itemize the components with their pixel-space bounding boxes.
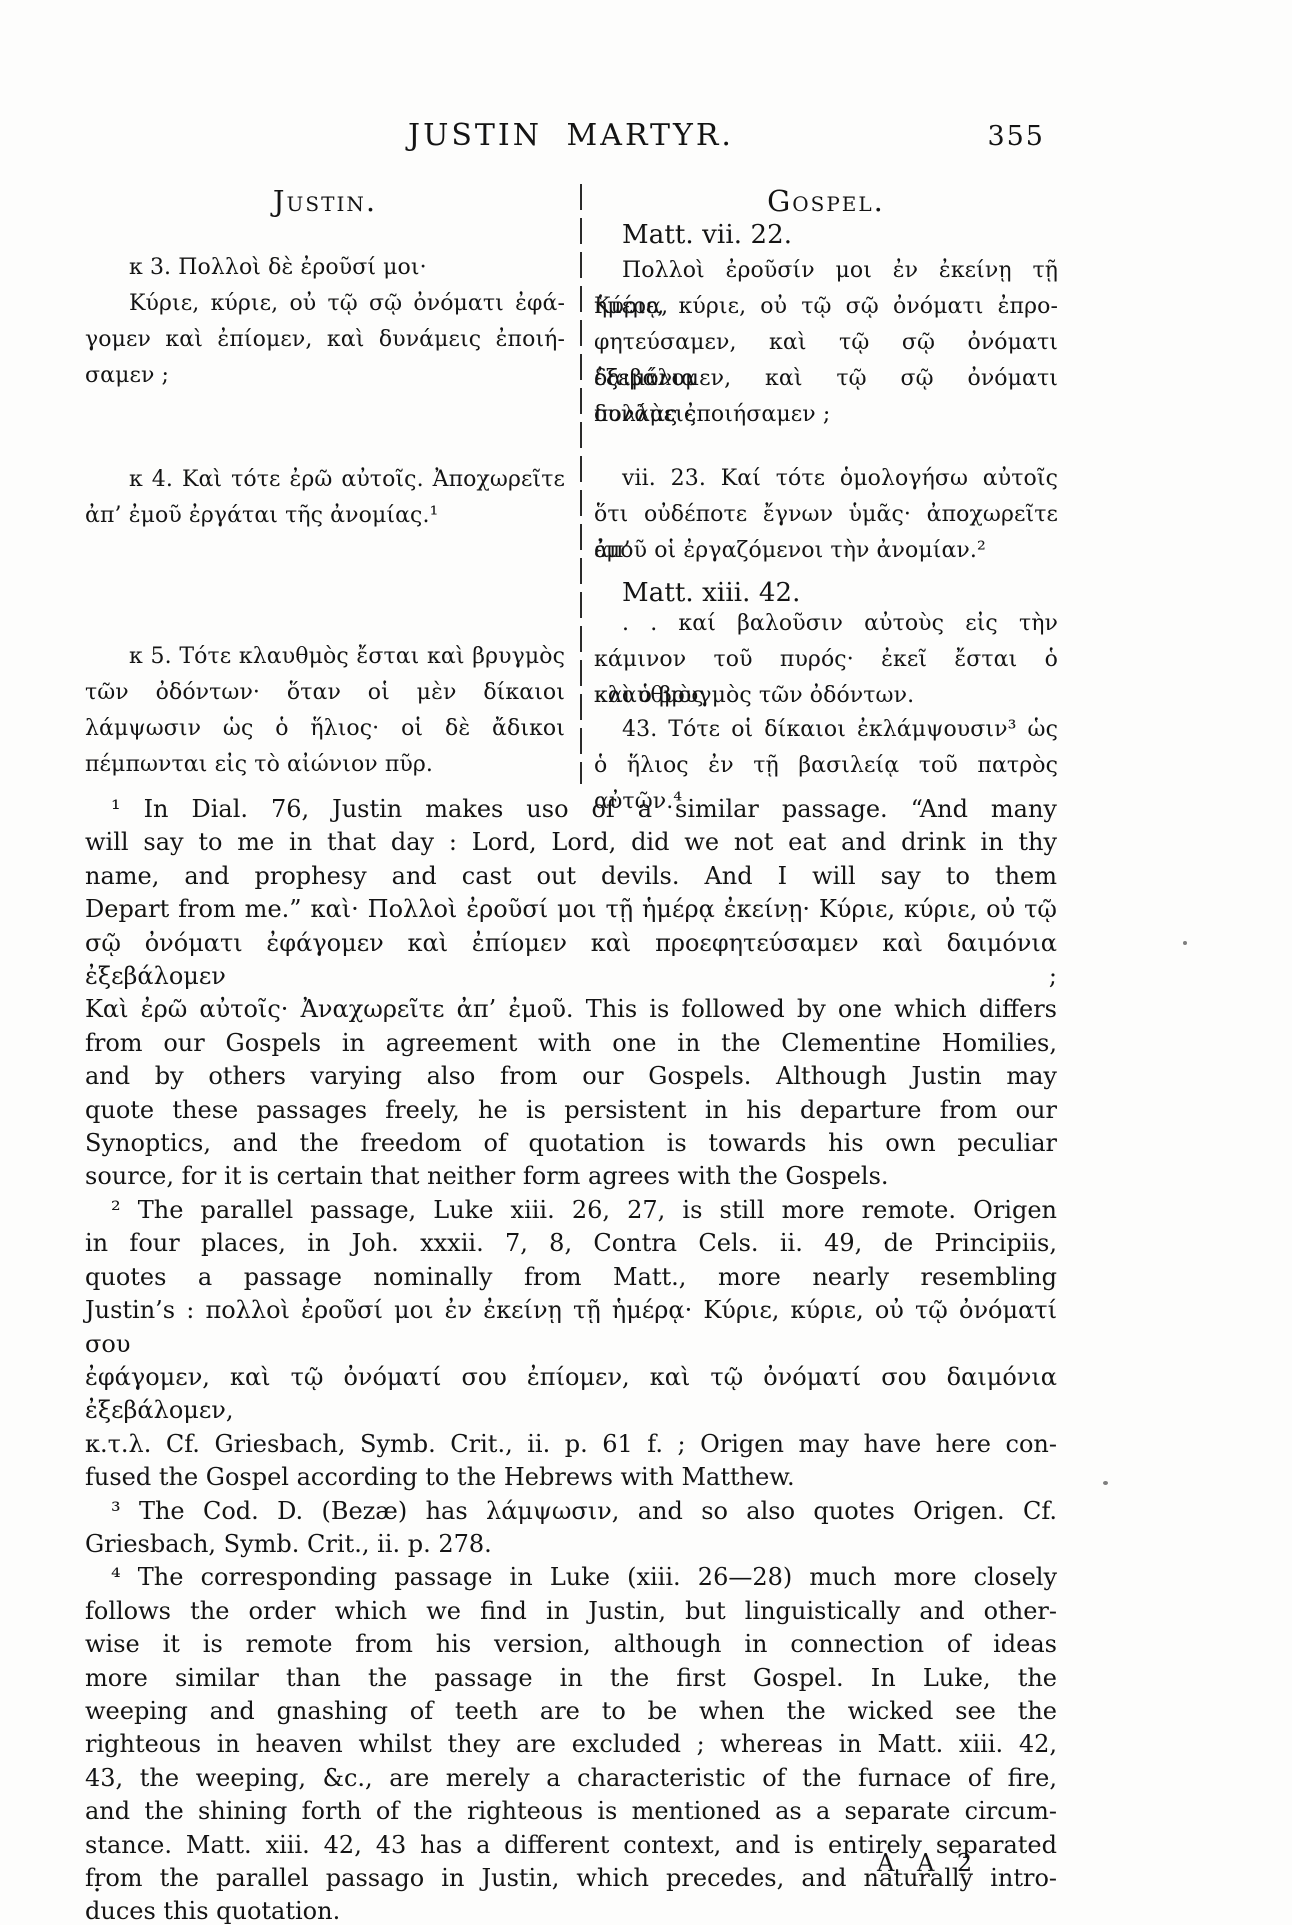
passage-matt-xiii-42: . . καί βαλοῦσιν αὐτοὺς εἰς τὴνκάμινον τ…	[594, 606, 1058, 714]
text-line: fused the Gospel according to the Hebrew…	[85, 1461, 1057, 1494]
text-line: Griesbach, Symb. Crit., ii. p. 278.	[85, 1528, 1057, 1561]
text-line: ὁ ἥλιος ἐν τῇ βασιλείᾳ τοῦ πατρὸς αὐτῶν.…	[594, 748, 1058, 784]
text-line: ἐμοῦ οἱ ἐργαζόμενοι τὴν ἀνομίαν.²	[594, 533, 1058, 569]
text-line: source, for it is certain that neither f…	[85, 1160, 1057, 1193]
text-line: γομεν καὶ ἐπίομεν, καὶ δυνάμεις ἐποιή-	[85, 322, 565, 358]
text-line: κάμινον τοῦ πυρός· ἐκεῖ ἔσται ὁ κλαυθμὸς	[594, 642, 1058, 678]
printer-signature: A A 2	[877, 1849, 975, 1877]
text-line: κ 5. Τότε κλαυθμὸς ἔσται καὶ βρυγμὸς	[85, 639, 565, 675]
text-line: ἐξεβάλομεν, καὶ τῷ σῷ ὀνόματι δυνάμεις	[594, 361, 1058, 397]
book-page: JUSTIN MARTYR. 355 Justin. κ 3. Πολλοὶ δ…	[0, 0, 1292, 1925]
text-line: λάμψωσιν ὡς ὁ ἥλιος· οἱ δὲ ἄδικοι	[85, 711, 565, 747]
text-line: more similar than the passage in the fir…	[85, 1662, 1057, 1695]
text-line: Justin’s : πολλοὶ ἐροῦσί μοι ἐν ἐκείνῃ τ…	[85, 1294, 1057, 1361]
passage-justin-k4: κ 4. Καὶ τότε ἐρῶ αὐτοῖς. Ἀποχωρεῖτεἀπ’ …	[85, 462, 565, 534]
text-line: ² The parallel passage, Luke xiii. 26, 2…	[85, 1194, 1057, 1227]
text-line: Καὶ ἐρῶ αὐτοῖς· Ἀναχωρεῖτε ἀπ’ ἐμοῦ. Thi…	[85, 993, 1057, 1026]
ink-speck	[1183, 941, 1187, 945]
text-line: κ 3. Πολλοὶ δὲ ἐροῦσί μοι·	[85, 250, 565, 286]
text-line: Πολλοὶ ἐροῦσίν μοι ἐν ἐκείνῃ τῇ ἡμέρᾳ,	[594, 253, 1058, 289]
page-title: JUSTIN MARTYR.	[408, 118, 734, 153]
passage-justin-k3: κ 3. Πολλοὶ δὲ ἐροῦσί μοι·Κύριε, κύριε, …	[85, 250, 565, 394]
text-line: 43, the weeping, &c., are merely a chara…	[85, 1762, 1057, 1795]
passage-matt-vii-23: vii. 23. Καί τότε ὁμολογήσω αὐτοῖςὅτι οὐ…	[594, 461, 1058, 569]
text-line: Κύριε, κύριε, οὐ τῷ σῷ ὀνόματι ἐφά-	[85, 286, 565, 322]
running-header: JUSTIN MARTYR. 355	[85, 118, 1057, 153]
text-line: in four places, in Joh. xxxii. 7, 8, Con…	[85, 1227, 1057, 1260]
text-line: κ.τ.λ. Cf. Griesbach, Symb. Crit., ii. p…	[85, 1428, 1057, 1461]
text-line: ὅτι οὐδέποτε ἔγνων ὑμᾶς· ἀποχωρεῖτε ἀπ’	[594, 497, 1058, 533]
column-divider-rule	[580, 184, 582, 784]
text-line: quote these passages freely, he is persi…	[85, 1094, 1057, 1127]
gospel-column-heading: Gospel.	[594, 184, 1058, 218]
passage-matt-vii-22: Πολλοὶ ἐροῦσίν μοι ἐν ἐκείνῃ τῇ ἡμέρᾳ,Κύ…	[594, 253, 1058, 433]
text-line: ⁴ The corresponding passage in Luke (xii…	[85, 1561, 1057, 1594]
passage-justin-k5: κ 5. Τότε κλαυθμὸς ἔσται καὶ βρυγμὸςτῶν …	[85, 639, 565, 783]
text-line: and the shining forth of the righteous i…	[85, 1795, 1057, 1828]
text-line: φητεύσαμεν, καὶ τῷ σῷ ὀνόματι δαιμόνια	[594, 325, 1058, 361]
text-line: and by others varying also from our Gosp…	[85, 1060, 1057, 1093]
text-line: follows the order which we find in Justi…	[85, 1595, 1057, 1628]
text-line: vii. 23. Καί τότε ὁμολογήσω αὐτοῖς	[594, 461, 1058, 497]
text-line: ἐφάγομεν, καὶ τῷ ὀνόματί σου ἐπίομεν, κα…	[85, 1361, 1057, 1428]
text-line: καὶ ὁ βρυγμὸς τῶν ὀδόντων.	[594, 678, 1058, 714]
justin-column-heading: Justin.	[85, 184, 565, 218]
text-line: righteous in heaven whilst they are excl…	[85, 1728, 1057, 1761]
text-line: 43. Τότε οἱ δίκαιοι ἐκλάμψουσιν³ ὡς	[594, 712, 1058, 748]
footnote-2: ² The parallel passage, Luke xiii. 26, 2…	[85, 1194, 1057, 1495]
text-line: duces this quotation.	[85, 1895, 1057, 1925]
text-line: name, and prophesy and cast out devils. …	[85, 860, 1057, 893]
text-line: πέμπωνται εἰς τὸ αἰώνιον πῦρ.	[85, 747, 565, 783]
text-line: quotes a passage nominally from Matt., m…	[85, 1261, 1057, 1294]
stray-ink-mark: .	[93, 1868, 101, 1898]
text-line: πολλὰς ἐποιήσαμεν ;	[594, 397, 1058, 433]
text-line: from our Gospels in agreement with one i…	[85, 1027, 1057, 1060]
text-line: σῷ ὀνόματι ἐφάγομεν καὶ ἐπίομεν καὶ προε…	[85, 927, 1057, 994]
text-line: ¹ In Dial. 76, Justin makes uso of a sim…	[85, 793, 1057, 826]
text-line: weeping and gnashing of teeth are to be …	[85, 1695, 1057, 1728]
text-line: τῶν ὀδόντων· ὅταν οἱ μὲν δίκαιοι	[85, 675, 565, 711]
page-number: 355	[987, 121, 1045, 152]
reference-matt-vii-22: Matt. vii. 22.	[594, 217, 1058, 253]
text-line: ³ The Cod. D. (Bezæ) has λάμψωσιν, and s…	[85, 1495, 1057, 1528]
text-line: Synoptics, and the freedom of quotation …	[85, 1127, 1057, 1160]
passage-matt-xiii-43: 43. Τότε οἱ δίκαιοι ἐκλάμψουσιν³ ὡςὁ ἥλι…	[594, 712, 1058, 784]
text-line: Κύριε, κύριε, οὐ τῷ σῷ ὀνόματι ἐπρο-	[594, 289, 1058, 325]
text-line: . . καί βαλοῦσιν αὐτοὺς εἰς τὴν	[594, 606, 1058, 642]
text-line: Matt. vii. 22.	[594, 217, 1058, 253]
text-line: κ 4. Καὶ τότε ἐρῶ αὐτοῖς. Ἀποχωρεῖτε	[85, 462, 565, 498]
ink-speck	[1103, 1481, 1108, 1485]
footnote-1: ¹ In Dial. 76, Justin makes uso of a sim…	[85, 793, 1057, 1194]
text-line: will say to me in that day : Lord, Lord,…	[85, 826, 1057, 859]
text-line: wise it is remote from his version, alth…	[85, 1628, 1057, 1661]
text-line: ἀπ’ ἐμοῦ ἐργάται τῆς ἀνομίας.¹	[85, 498, 565, 534]
footnotes-section: ¹ In Dial. 76, Justin makes uso of a sim…	[85, 793, 1057, 1925]
text-line: Depart from me.” καὶ· Πολλοὶ ἐροῦσί μοι …	[85, 893, 1057, 926]
footnote-3: ³ The Cod. D. (Bezæ) has λάμψωσιν, and s…	[85, 1495, 1057, 1562]
text-line: σαμεν ;	[85, 358, 565, 394]
